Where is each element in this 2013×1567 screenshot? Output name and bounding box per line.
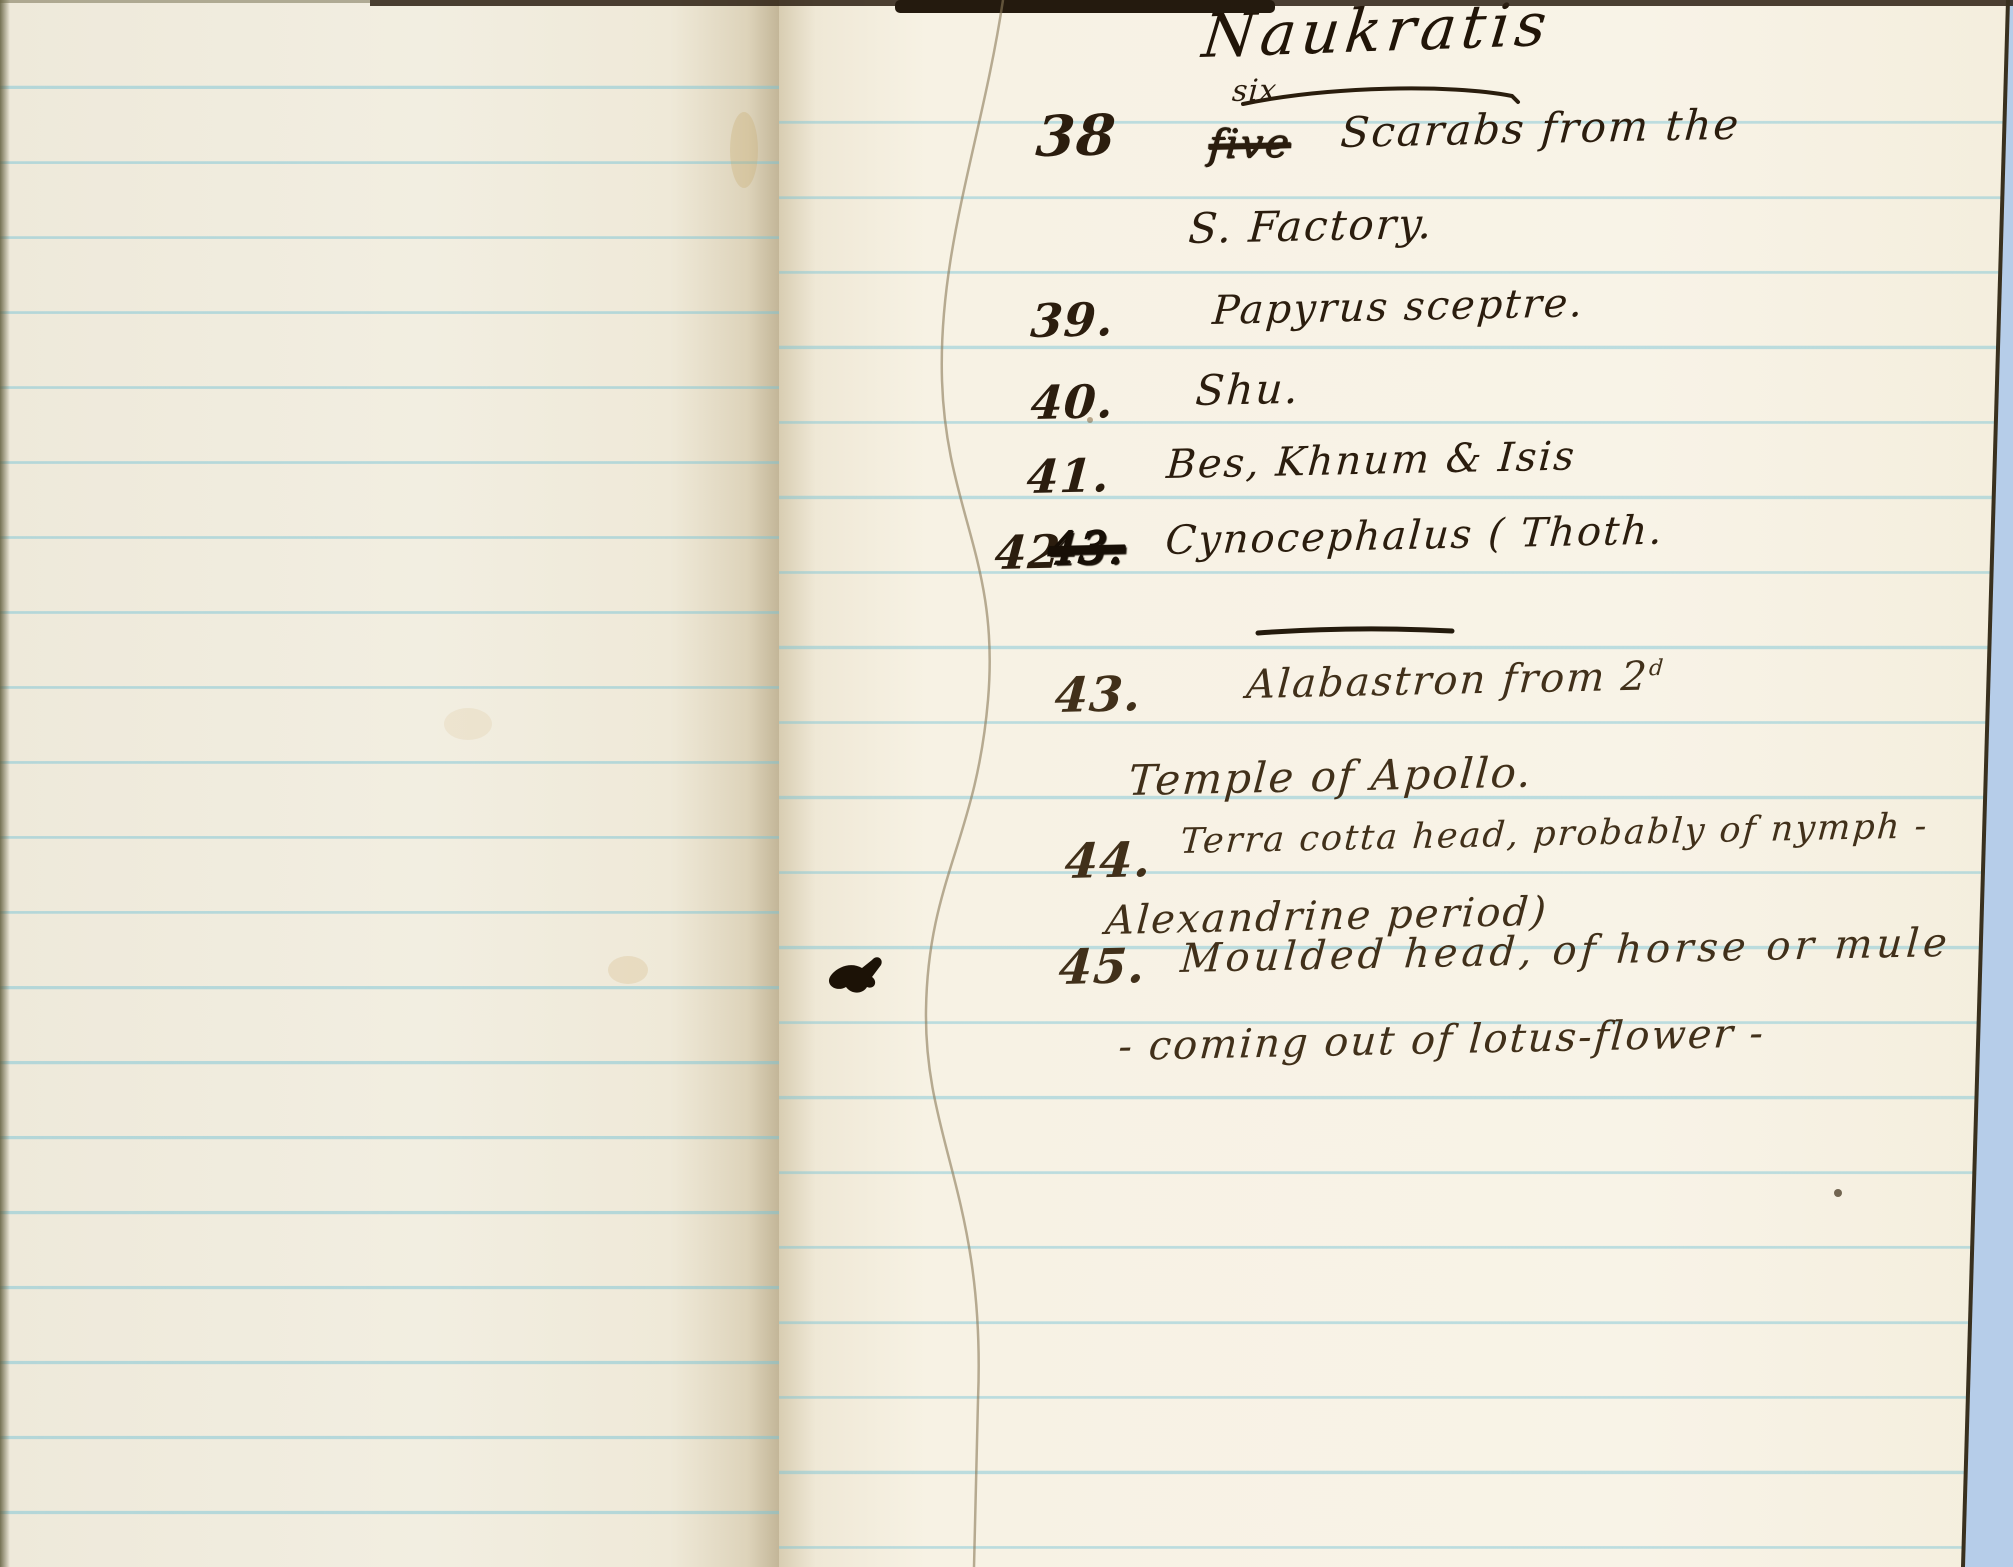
entry-38-struck-word: five xyxy=(1207,120,1292,168)
entry-45-text-line2: - coming out of lotus-flower - xyxy=(1117,1010,1767,1070)
entry-43-text-main: Alabastron from 2 xyxy=(1245,654,1650,708)
entry-42-blotted-number: 43. xyxy=(1047,522,1126,575)
entry-40-number: 40. xyxy=(1029,374,1116,430)
entry-40-text: Shu. xyxy=(1194,364,1302,415)
entry-38-inserted-word: six xyxy=(1231,73,1278,109)
entry-42-text: Cynocephalus ( Thoth. xyxy=(1164,508,1665,564)
entry-38-number: 38 xyxy=(1034,102,1118,170)
notebook-scan: Naukratis 38 six five Scarabs from the S… xyxy=(0,0,2013,1567)
entry-39-number: 39. xyxy=(1029,292,1116,348)
entry-45-number: 45. xyxy=(1057,938,1147,996)
entry-44-number: 44. xyxy=(1063,832,1153,890)
entry-43-superscript: d xyxy=(1648,656,1664,681)
entry-39-text: Papyrus sceptre. xyxy=(1211,280,1586,334)
entry-43-text-line1: Alabastron from 2d xyxy=(1245,653,1664,708)
entry-38-text-line1: Scarabs from the xyxy=(1339,100,1742,157)
entry-41-text: Bes, Khnum & Isis xyxy=(1165,433,1578,488)
entry-43-number: 43. xyxy=(1053,666,1143,724)
entry-38-text-line2: S. Factory. xyxy=(1187,199,1435,253)
entry-44-text-line1: Terra cotta head, probably of nymph - xyxy=(1179,806,1930,862)
page-title: Naukratis xyxy=(1199,0,1555,72)
left-page xyxy=(0,0,779,1567)
right-page: Naukratis 38 six five Scarabs from the S… xyxy=(779,0,2013,1567)
entry-43-text-line2: Temple of Apollo. xyxy=(1127,748,1534,805)
entry-41-number: 41. xyxy=(1025,448,1112,504)
left-page-edge xyxy=(0,0,10,1567)
